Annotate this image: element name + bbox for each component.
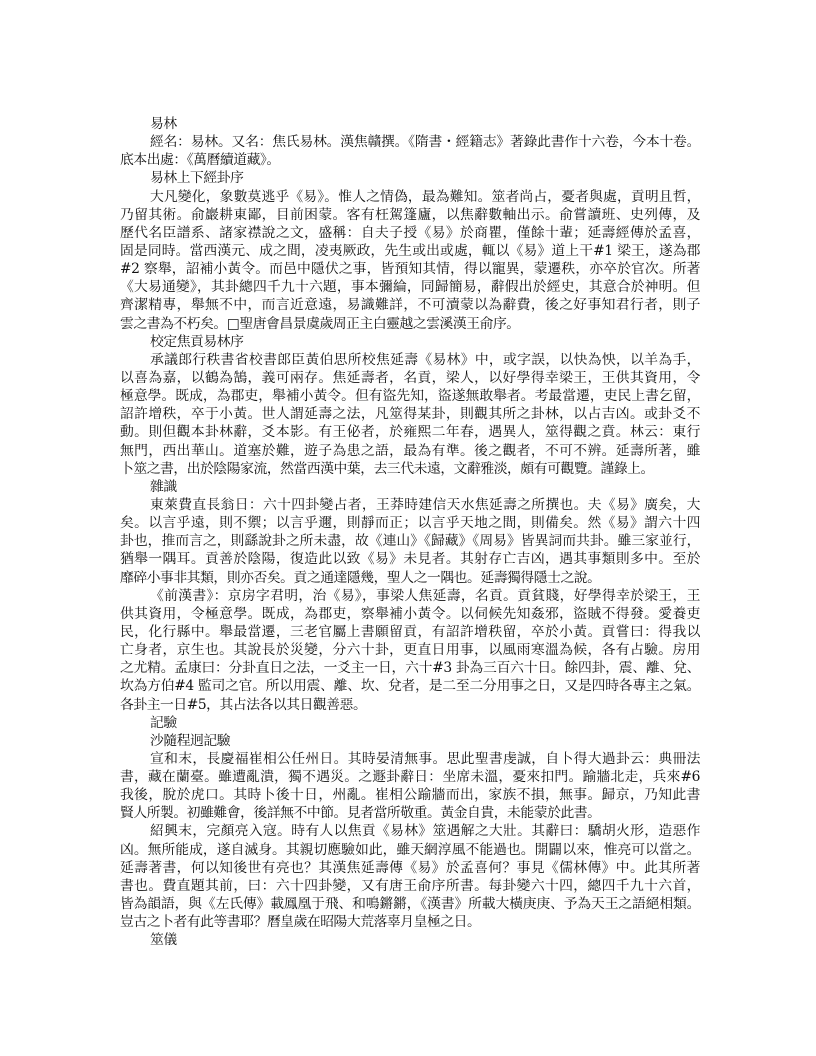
text-line: 書，藏在蘭臺。雖遭亂潰，獨不遇災。之遯卦辭日：坐席未溫，憂來扣門。踰牆北走，兵來… (120, 768, 700, 786)
text-line: 宣和末，長慶福崔相公任州日。其時晏清無事。思此聖書虔誠，自卜得大過卦云：典冊法 (120, 750, 700, 768)
text-line: 矣。以言乎遠，則不禦；以言乎邇，則靜而正；以言乎天地之間，則備矣。然《易》謂六十… (120, 514, 700, 532)
heading-text: 校定焦貢易林序 (120, 333, 700, 351)
text-line: 猶舉一隅耳。貢善於陰陽，復造此以致《易》未見者。其射存亡吉凶，遇其事類則多中。至… (120, 550, 700, 568)
text-line: 延壽著書，何以知後世有亮也？其漢焦延壽傳《易》於孟喜何？事見《儒林傳》中。此其所… (120, 859, 700, 877)
text-line: 賢人所製。初雖難會，後詳無不中節。見者當所敬重。黃金自貴，未能蒙於此書。 (120, 804, 700, 822)
section-heading: 記驗 (120, 714, 700, 732)
text-line: 凶。無所能成，遂自滅身。其親切應驗如此，雖天網淳風不能過也。開闢以來，惟亮可以當… (120, 841, 700, 859)
paragraph: 經名：易林。又名：焦氏易林。漢焦贛撰。《隋書・經籍志》著錄此書作十六卷，今本十卷… (120, 133, 700, 169)
text-line: 齊潔精專，舉無不中，而言近意遠，易識難詳，不可瀆蒙以為辭費，後之好事知君行者，則… (120, 296, 700, 314)
text-line: 極意學。既成，為郡吏，舉補小黃令。但有盜先知，盜遂無敢舉者。考最當遷，吏民上書乞… (120, 387, 700, 405)
section-heading: 校定焦貢易林序 (120, 333, 700, 351)
text-line: 大凡變化，象數莫逃乎《易》。惟人之情偽，最為難知。筮者尚占，憂者與處，貢明且哲， (120, 188, 700, 206)
section-heading: 筮儀 (120, 931, 700, 949)
text-line: 靡碎小事非其類，則亦否矣。貢之通達隱幾，聖人之一隅也。延壽獨得隱士之說。 (120, 569, 700, 587)
text-line: 坎為方伯#4 監司之官。所以用震、離、坎、兌者，是二至二分用事之日，又是四時各專… (120, 677, 700, 695)
heading-text: 易林上下經卦序 (120, 169, 700, 187)
text-line: 卦也，推而言之，則繇說卦之所未盡，故《連山》《歸藏》《周易》皆異詞而共卦。雖三家… (120, 532, 700, 550)
text-line: 我後，脫於虎口。其時卜後十日，州亂。崔相公踰牆而出，家族不損，無事。歸京，乃知此… (120, 786, 700, 804)
text-line: 經名：易林。又名：焦氏易林。漢焦贛撰。《隋書・經籍志》著錄此書作十六卷，今本十卷… (120, 133, 700, 151)
heading-text: 記驗 (120, 714, 700, 732)
paragraph: 東萊費直長翁日：六十四卦變占者，王莽時建信天水焦延壽之所撰也。夫《易》廣矣，大 … (120, 496, 700, 587)
heading-text: 易林 (120, 115, 700, 133)
text-line: 之尤精。孟康曰：分卦直日之法，一爻主一日，六十#3 卦為三百六十日。餘四卦，震、… (120, 659, 700, 677)
text-line: 《大易通變》，其卦總四千九十六題，事本彌綸，同歸簡易，辭假出於經史，其意合於神明… (120, 278, 700, 296)
paragraph: 大凡變化，象數莫逃乎《易》。惟人之情偽，最為難知。筮者尚占，憂者與處，貢明且哲，… (120, 188, 700, 333)
paragraph: 承議郎行秩書省校書郎臣黃伯思所校焦延壽《易林》中，或字誤，以快為怏，以羊為手， … (120, 351, 700, 478)
paragraph: 《前漢書》：京房字君明，治《易》，事梁人焦延壽，名貢。貢貧賤，好學得幸於梁王，王… (120, 587, 700, 714)
document-body: 易林 經名：易林。又名：焦氏易林。漢焦贛撰。《隋書・經籍志》著錄此書作十六卷，今… (120, 115, 700, 949)
text-line: 東萊費直長翁日：六十四卦變占者，王莽時建信天水焦延壽之所撰也。夫《易》廣矣，大 (120, 496, 700, 514)
text-line: 無門，西出華山。道塞於難，遊子為患之語，最為有準。後之觀者，不可不辨。延壽所著，… (120, 442, 700, 460)
heading-text: 筮儀 (120, 931, 700, 949)
section-heading: 沙隨程迥記驗 (120, 732, 700, 750)
paragraph: 宣和末，長慶福崔相公任州日。其時晏清無事。思此聖書虔誠，自卜得大過卦云：典冊法 … (120, 750, 700, 823)
text-line: 固是同時。當西漢元、成之間，凌夷厥政，先生或出或處，輒以《易》道上干#1 梁王，… (120, 242, 700, 260)
heading-text: 雜識 (120, 478, 700, 496)
document-page: 易林 經名：易林。又名：焦氏易林。漢焦贛撰。《隋書・經籍志》著錄此書作十六卷，今… (0, 0, 816, 1056)
text-line: 詔許增秩，卒于小黃。世人謂延壽之法，凡筮得某卦，則觀其所之卦林，以占吉凶。或卦爻… (120, 405, 700, 423)
text-line: 供其資用，令極意學。既成，為郡吏，察舉補小黃令。以伺候先知姦邪，盜賊不得發。愛養… (120, 605, 700, 623)
text-line: 民，化行縣中。舉最當遷，三老官屬上書願留貢，有詔許增秩留，卒於小黃。貢嘗曰：得我… (120, 623, 700, 641)
section-heading: 易林上下經卦序 (120, 169, 700, 187)
text-line: 承議郎行秩書省校書郎臣黃伯思所校焦延壽《易林》中，或字誤，以快為怏，以羊為手， (120, 351, 700, 369)
heading-text: 沙隨程迥記驗 (120, 732, 700, 750)
text-line: 底本出處：《萬曆續道藏》。 (120, 151, 700, 169)
text-line: 動。則但觀本卦林辭，爻本影。有王佖者，於雍熙二年春，遇異人，筮得觀之賁。林云：東… (120, 423, 700, 441)
text-line: 《前漢書》：京房字君明，治《易》，事梁人焦延壽，名貢。貢貧賤，好學得幸於梁王，王 (120, 587, 700, 605)
text-line: 歷代名臣譜系、諸家襟說之文，盛稱：自夫子授《易》於商瞿，僅餘十輩；延壽經傳於孟喜… (120, 224, 700, 242)
text-line: 皆為韻語，與《左氏傳》載鳳凰于飛、和鳴鏘鏘，《漢書》所載大橫庚庚、予為天王之語絕… (120, 895, 700, 913)
text-line: 雲之書為不朽矣。□聖唐會昌景虞歲周正主白靈越之雲溪漢王俞序。 (120, 315, 700, 333)
text-line: #2 察舉，詔補小黃令。而邑中隱伏之事，皆預知其情，得以寵異，蒙遷秩，亦卒於官次… (120, 260, 700, 278)
text-line: 書也。費直題其前，曰：六十四卦變，又有唐王俞序所書。每卦變六十四，總四千九十六首… (120, 877, 700, 895)
text-line: 卜筮之書，出於陰陽家流，然當西漢中葉，去三代未遠，文辭雅淡，頗有可觀覽。謹錄上。 (120, 460, 700, 478)
text-line: 紹興末，完顏亮入寇。時有人以焦貢《易林》筮遇解之大壯。其辭曰：驕胡火形，造惡作 (120, 822, 700, 840)
text-line: 豈古之卜者有此等書耶？曆皇歲在昭陽大荒落辜月皇極之日。 (120, 913, 700, 931)
text-line: 乃留其術。俞巖耕東鄙，目前困蒙。客有枉駕篷廬，以焦辭數軸出示。俞嘗讀班、史列傳，… (120, 206, 700, 224)
text-line: 以喜為嘉，以鶴為鵠，義可兩存。焦延壽者，名貢，梁人，以好學得幸梁王，王供其資用，… (120, 369, 700, 387)
text-line: 各卦主一日#5，其占法各以其日觀善惡。 (120, 696, 700, 714)
paragraph: 紹興末，完顏亮入寇。時有人以焦貢《易林》筮遇解之大壯。其辭曰：驕胡火形，造惡作 … (120, 822, 700, 931)
section-heading: 易林 (120, 115, 700, 133)
text-line: 亡身者，京生也。其說長於災變，分六十卦，更直日用事，以風雨寒溫為候，各有占驗。房… (120, 641, 700, 659)
section-heading: 雜識 (120, 478, 700, 496)
